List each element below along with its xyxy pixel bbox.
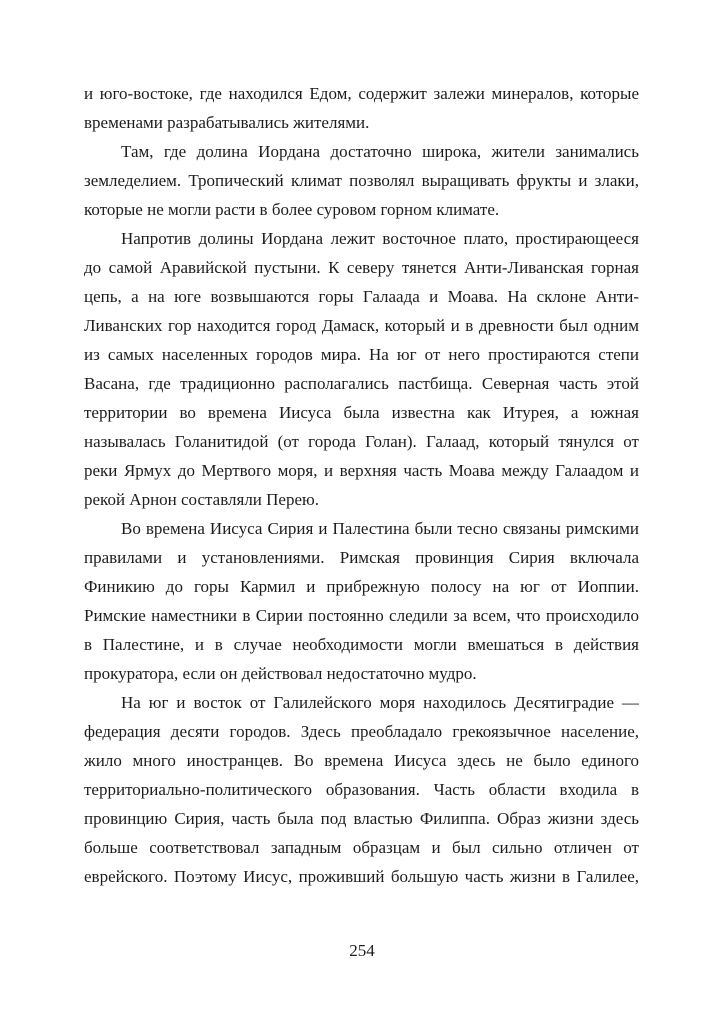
text-line: в Палестине, и в случае необходимости мо…	[84, 630, 639, 659]
page-footer: 254	[0, 936, 724, 965]
paragraph: Напротив долины Иордана лежит восточное …	[84, 224, 639, 514]
text-line: больше соответствовал западным образцам …	[84, 833, 639, 862]
text-line: Ливанских гор находится город Дамаск, ко…	[84, 311, 639, 340]
text-line: Во времена Иисуса Сирия и Палестина были…	[84, 514, 639, 543]
text-line: рекой Арнон составляли Перею.	[84, 485, 639, 514]
text-line: Васана, где традиционно располагались па…	[84, 369, 639, 398]
text-line: Напротив долины Иордана лежит восточное …	[84, 224, 639, 253]
text-line: цепь, а на юге возвышаются горы Галаада …	[84, 282, 639, 311]
text-line: из самых населенных городов мира. На юг …	[84, 340, 639, 369]
text-line: федерация десяти городов. Здесь преоблад…	[84, 717, 639, 746]
page-number: 254	[349, 941, 375, 960]
text-line: реки Ярмух до Мертвого моря, и верхняя ч…	[84, 456, 639, 485]
text-line: территории во времена Иисуса была извест…	[84, 398, 639, 427]
text-line: Финикию до горы Кармил и прибрежную поло…	[84, 572, 639, 601]
text-line: жило много иностранцев. Во времена Иисус…	[84, 746, 639, 775]
paragraph: Во времена Иисуса Сирия и Палестина были…	[84, 514, 639, 688]
text-line: временами разрабатывались жителями.	[84, 108, 639, 137]
text-line: Там, где долина Иордана достаточно широк…	[84, 137, 639, 166]
text-line: территориально-политического образования…	[84, 775, 639, 804]
document-page: и юго-востоке, где находился Едом, содер…	[0, 0, 724, 1024]
text-line: правилами и установлениями. Римская пров…	[84, 543, 639, 572]
paragraph: На юг и восток от Галилейского моря нахо…	[84, 688, 639, 891]
text-line: называлась Голанитидой (от города Голан)…	[84, 427, 639, 456]
paragraph: Там, где долина Иордана достаточно широк…	[84, 137, 639, 224]
text-line: Римские наместники в Сирии постоянно сле…	[84, 601, 639, 630]
text-line: На юг и восток от Галилейского моря нахо…	[84, 688, 639, 717]
text-line: и юго-востоке, где находился Едом, содер…	[84, 79, 639, 108]
text-line: прокуратора, если он действовал недостат…	[84, 659, 639, 688]
text-line: провинцию Сирия, часть была под властью …	[84, 804, 639, 833]
paragraph: и юго-востоке, где находился Едом, содер…	[84, 79, 639, 137]
text-body: и юго-востоке, где находился Едом, содер…	[84, 79, 639, 891]
text-line: до самой Аравийской пустыни. К северу тя…	[84, 253, 639, 282]
text-line: которые не могли расти в более суровом г…	[84, 195, 639, 224]
text-line: еврейского. Поэтому Иисус, проживший бол…	[84, 862, 639, 891]
text-line: земледелием. Тропический климат позволял…	[84, 166, 639, 195]
